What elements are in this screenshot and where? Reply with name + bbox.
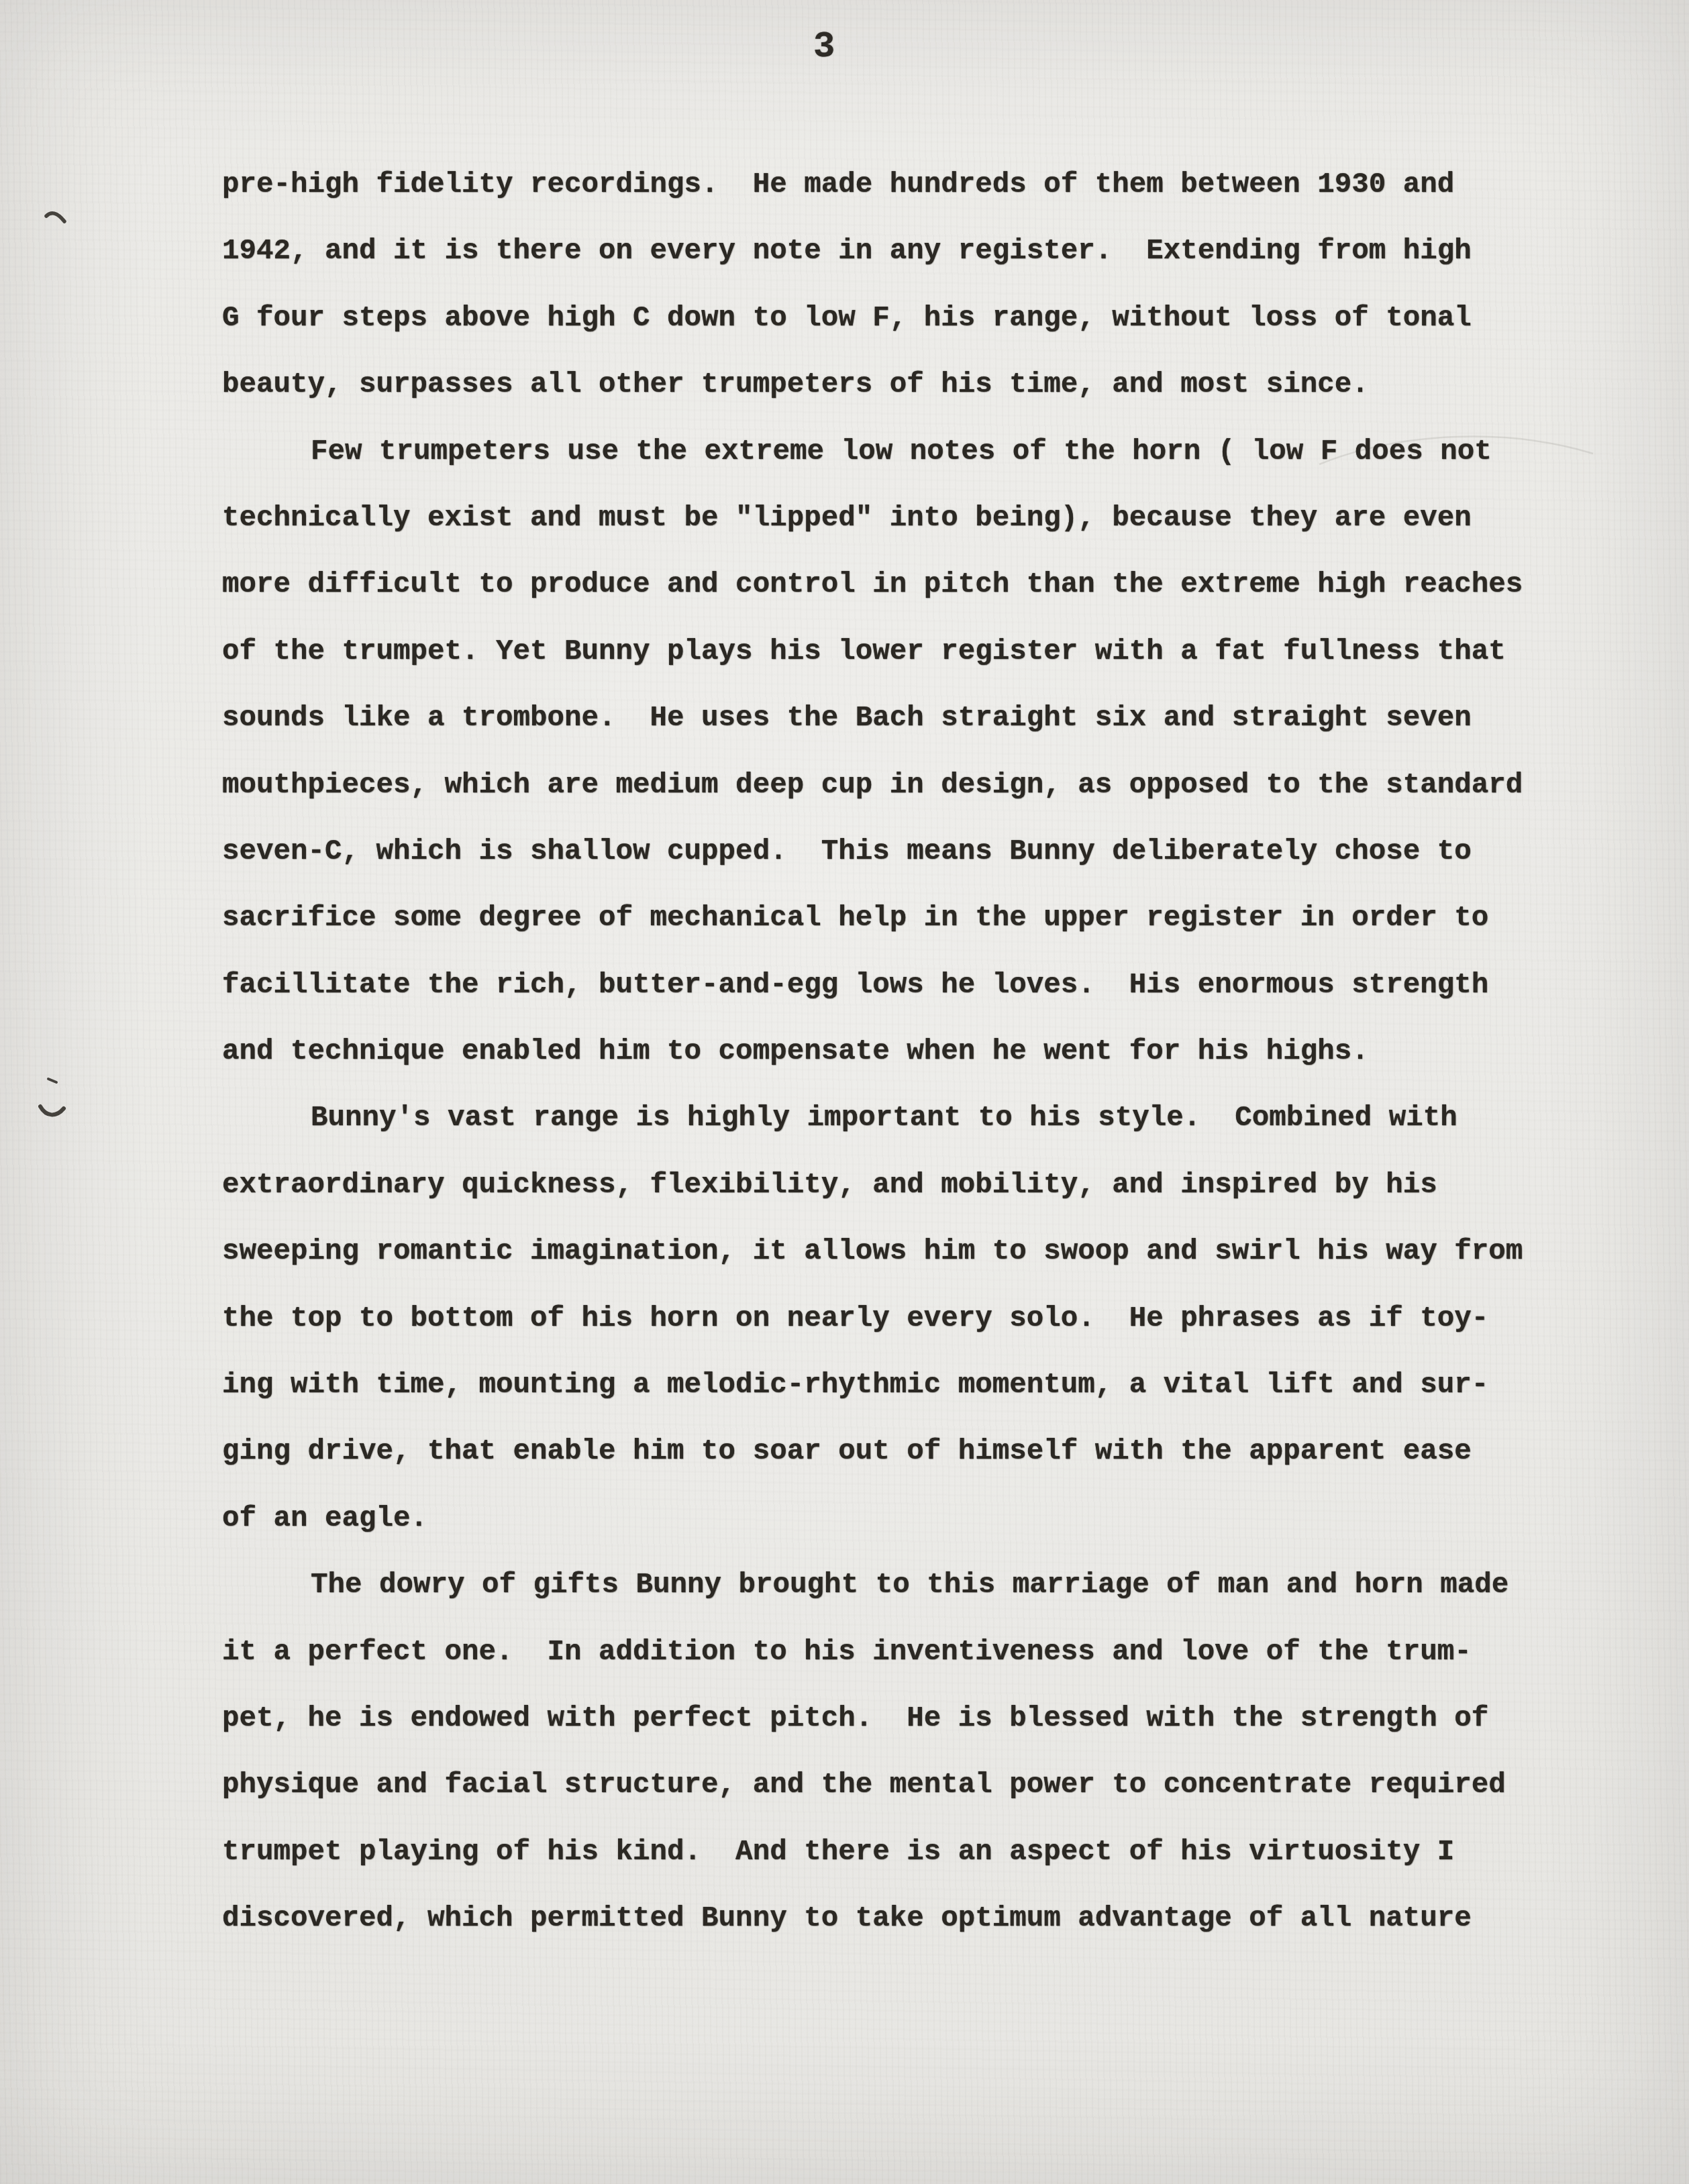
paragraph: The dowry of gifts Bunny brought to this…: [222, 1552, 1645, 1952]
text-line: ing with time, mounting a melodic-rhythm…: [222, 1352, 1645, 1418]
text-line: sounds like a trombone. He uses the Bach…: [222, 685, 1645, 751]
text-line: Few trumpeters use the extreme low notes…: [222, 419, 1645, 485]
text-line: G four steps above high C down to low F,…: [222, 285, 1645, 352]
text-line: the top to bottom of his horn on nearly …: [222, 1286, 1645, 1352]
text-line: physique and facial structure, and the m…: [222, 1752, 1645, 1818]
text-line: 1942, and it is there on every note in a…: [222, 218, 1645, 284]
text-line: trumpet playing of his kind. And there i…: [222, 1819, 1645, 1885]
text-line: facillitate the rich, butter-and-egg low…: [222, 952, 1645, 1019]
text-line: technically exist and must be "lipped" i…: [222, 485, 1645, 552]
scanned-typewritten-page: 3 pre-high fidelity recordings. He made …: [0, 0, 1689, 2184]
pencil-dash-icon: [46, 1076, 60, 1086]
text-line: seven-C, which is shallow cupped. This m…: [222, 819, 1645, 885]
page-number: 3: [813, 30, 835, 66]
text-line: discovered, which permitted Bunny to tak…: [222, 1885, 1645, 1952]
text-line: pre-high fidelity recordings. He made hu…: [222, 152, 1645, 218]
text-line: The dowry of gifts Bunny brought to this…: [222, 1552, 1645, 1618]
text-line: more difficult to produce and control in…: [222, 552, 1645, 618]
text-line: beauty, surpasses all other trumpeters o…: [222, 352, 1645, 418]
text-line: extraordinary quickness, flexibility, an…: [222, 1152, 1645, 1218]
text-line: of an eagle.: [222, 1486, 1645, 1552]
text-line: sacrifice some degree of mechanical help…: [222, 885, 1645, 951]
text-line: it a perfect one. In addition to his inv…: [222, 1619, 1645, 1685]
text-line: ging drive, that enable him to soar out …: [222, 1418, 1645, 1485]
text-line: sweeping romantic imagination, it allows…: [222, 1218, 1645, 1285]
text-line: and technique enabled him to compensate …: [222, 1019, 1645, 1085]
typewritten-body: pre-high fidelity recordings. He made hu…: [222, 152, 1645, 1953]
paragraph: Few trumpeters use the extreme low notes…: [222, 419, 1645, 1086]
text-line: Bunny's vast range is highly important t…: [222, 1085, 1645, 1151]
paragraph: Bunny's vast range is highly important t…: [222, 1085, 1645, 1552]
text-line: pet, he is endowed with perfect pitch. H…: [222, 1685, 1645, 1752]
pencil-mark-icon: [44, 209, 67, 227]
pencil-curve-icon: [38, 1103, 66, 1122]
paragraph: pre-high fidelity recordings. He made hu…: [222, 152, 1645, 419]
text-line: mouthpieces, which are medium deep cup i…: [222, 752, 1645, 819]
text-line: of the trumpet. Yet Bunny plays his lowe…: [222, 619, 1645, 685]
